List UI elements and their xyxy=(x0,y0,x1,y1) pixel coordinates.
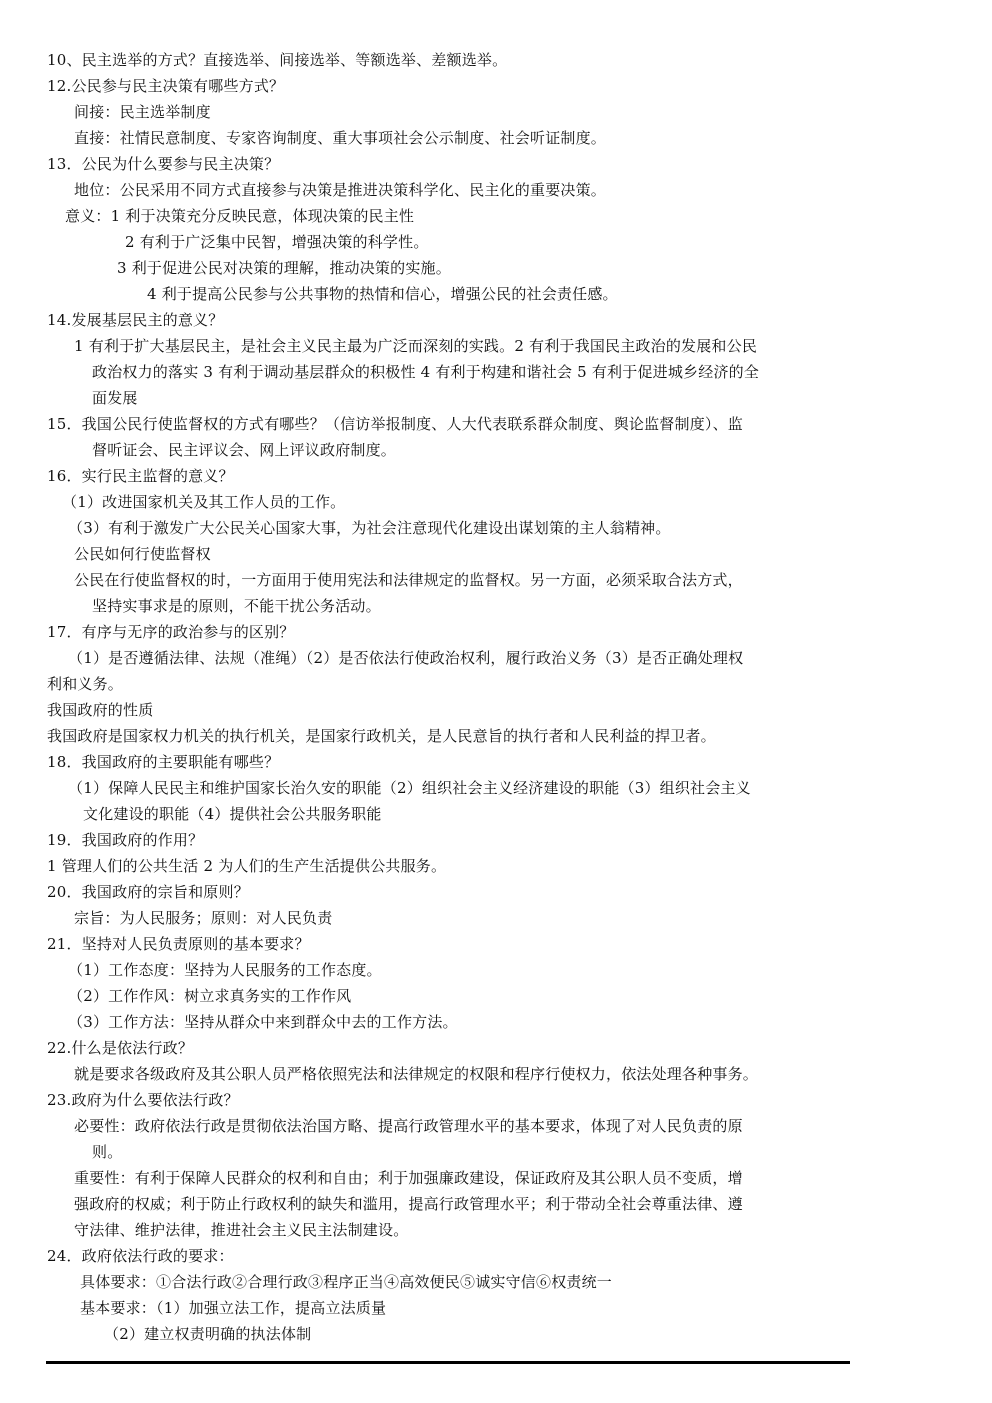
text-line: 面发展 xyxy=(92,388,138,408)
text-line: 政治权力的落实 3 有利于调动基层群众的积极性 4 有利于构建和谐社会 5 有利… xyxy=(92,362,759,382)
text-line: 基本要求：（1）加强立法工作，提高立法质量 xyxy=(80,1298,386,1318)
text-line: （1）保障人民民主和维护国家长治久安的职能（2）组织社会主义经济建设的职能（3）… xyxy=(68,778,751,798)
text-line: 16．实行民主监督的意义？ xyxy=(47,466,234,486)
text-line: 22.什么是依法行政？ xyxy=(47,1038,193,1058)
text-line: 21．坚持对人民负责原则的基本要求？ xyxy=(47,934,310,954)
text-line: 则。 xyxy=(92,1142,122,1162)
text-line: 坚持实事求是的原则，不能干扰公务活动。 xyxy=(92,596,381,616)
text-line: 24．政府依法行政的要求： xyxy=(47,1246,234,1266)
text-line: 宗旨：为人民服务；原则：对人民负责 xyxy=(74,908,332,928)
text-line: （1）工作态度：坚持为人民服务的工作态度。 xyxy=(68,960,382,980)
text-line: 10、民主选举的方式？直接选举、间接选举、等额选举、差额选举。 xyxy=(47,50,507,70)
text-line: 20．我国政府的宗旨和原则？ xyxy=(47,882,249,902)
text-line: 1 管理人们的公共生活 2 为人们的生产生活提供公共服务。 xyxy=(47,856,446,876)
text-line: 利和义务。 xyxy=(47,674,123,694)
footer-rule xyxy=(46,1361,850,1364)
text-line: （1）是否遵循法律、法规（准绳）（2）是否依法行使政治权利，履行政治义务（3）是… xyxy=(68,648,743,668)
text-line: 直接：社情民意制度、专家咨询制度、重大事项社会公示制度、社会听证制度。 xyxy=(74,128,606,148)
text-line: 守法律、维护法律，推进社会主义民主法制建设。 xyxy=(74,1220,408,1240)
text-line: 公民如何行使监督权 xyxy=(74,544,211,564)
text-line: 23.政府为什么要依法行政？ xyxy=(47,1090,239,1110)
text-line: 强政府的权威；利于防止行政权利的缺失和滥用，提高行政管理水平；利于带动全社会尊重… xyxy=(74,1194,743,1214)
text-line: （1）改进国家机关及其工作人员的工作。 xyxy=(62,492,345,512)
text-line: 文化建设的职能（4）提供社会公共服务职能 xyxy=(83,804,382,824)
text-line: （2）工作作风：树立求真务实的工作作风 xyxy=(68,986,351,1006)
text-line: 17．有序与无序的政治参与的区别？ xyxy=(47,622,295,642)
text-line: （2）建立权责明确的执法体制 xyxy=(104,1324,311,1344)
text-line: 必要性：政府依法行政是贯彻依法治国方略、提高行政管理水平的基本要求，体现了对人民… xyxy=(74,1116,743,1136)
text-line: 15．我国公民行使监督权的方式有哪些？（信访举报制度、人大代表联系群众制度、舆论… xyxy=(47,414,743,434)
text-line: 公民在行使监督权的时，一方面用于使用宪法和法律规定的监督权。另一方面，必须采取合… xyxy=(74,570,743,590)
text-line: 意义：1 利于决策充分反映民意，体现决策的民主性 xyxy=(65,206,414,226)
text-line: 我国政府的性质 xyxy=(47,700,153,720)
text-line: 12.公民参与民主决策有哪些方式？ xyxy=(47,76,284,96)
text-line: 具体要求：①合法行政②合理行政③程序正当④高效便民⑤诚实守信⑥权责统一 xyxy=(80,1272,612,1292)
text-line: 19．我国政府的作用？ xyxy=(47,830,203,850)
text-line: 3 利于促进公民对决策的理解，推动决策的实施。 xyxy=(117,258,451,278)
text-line: 我国政府是国家权力机关的执行机关，是国家行政机关，是人民意旨的执行者和人民利益的… xyxy=(47,726,716,746)
text-line: 1 有利于扩大基层民主，是社会主义民主最为广泛而深刻的实践。2 有利于我国民主政… xyxy=(74,336,757,356)
text-line: 18．我国政府的主要职能有哪些？ xyxy=(47,752,279,772)
text-line: （3）工作方法：坚持从群众中来到群众中去的工作方法。 xyxy=(68,1012,458,1032)
text-line: 地位：公民采用不同方式直接参与决策是推进决策科学化、民主化的重要决策。 xyxy=(74,180,606,200)
text-line: 2 有利于广泛集中民智，增强决策的科学性。 xyxy=(125,232,429,252)
text-line: （3）有利于激发广大公民关心国家大事，为社会注意现代化建设出谋划策的主人翁精神。 xyxy=(68,518,671,538)
text-line: 督听证会、民主评议会、网上评议政府制度。 xyxy=(92,440,396,460)
text-line: 13．公民为什么要参与民主决策？ xyxy=(47,154,279,174)
text-line: 重要性：有利于保障人民群众的权利和自由；利于加强廉政建设，保证政府及其公职人员不… xyxy=(74,1168,743,1188)
text-line: 4 利于提高公民参与公共事物的热情和信心，增强公民的社会责任感。 xyxy=(147,284,618,304)
text-line: 就是要求各级政府及其公职人员严格依照宪法和法律规定的权限和程序行使权力，依法处理… xyxy=(74,1064,758,1084)
text-line: 14.发展基层民主的意义？ xyxy=(47,310,223,330)
text-line: 间接：民主选举制度 xyxy=(74,102,211,122)
document-page: 10、民主选举的方式？直接选举、间接选举、等额选举、差额选举。12.公民参与民主… xyxy=(0,0,992,1403)
